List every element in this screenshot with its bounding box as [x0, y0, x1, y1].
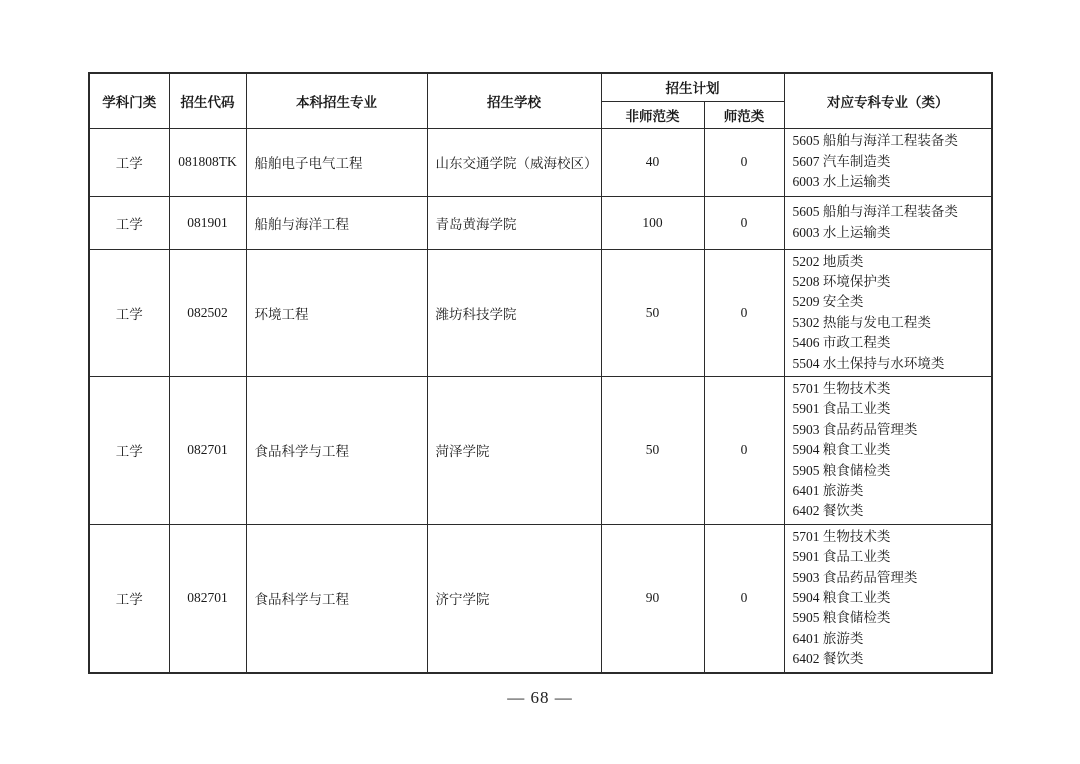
header-admission-plan: 招生计划 [601, 73, 784, 101]
table-row: 工学 081901 船舶与海洋工程 青岛黄海学院 100 0 5605 船舶与海… [89, 196, 992, 249]
cell-subject-category: 工学 [89, 524, 169, 672]
corresponding-major-line: 5904 粮食工业类 [793, 588, 986, 608]
corresponding-major-line: 5302 热能与发电工程类 [793, 313, 986, 333]
corresponding-major-line: 5904 粮食工业类 [793, 440, 986, 460]
table-row: 工学 082701 食品科学与工程 济宁学院 90 0 5701 生物技术类59… [89, 524, 992, 672]
header-non-normal: 非师范类 [601, 101, 704, 128]
corresponding-major-line: 5504 水土保持与水环境类 [793, 354, 986, 374]
cell-plan-normal: 0 [704, 128, 784, 196]
cell-admission-code: 081808TK [169, 128, 246, 196]
cell-plan-normal: 0 [704, 524, 784, 672]
table-row: 工学 081808TK 船舶电子电气工程 山东交通学院（威海校区） 40 0 5… [89, 128, 992, 196]
corresponding-major-line: 5905 粮食储检类 [793, 608, 986, 628]
cell-corresponding-majors: 5202 地质类5208 环境保护类5209 安全类5302 热能与发电工程类5… [784, 249, 992, 376]
cell-subject-category: 工学 [89, 128, 169, 196]
header-corresponding-majors: 对应专科专业（类） [784, 73, 992, 128]
cell-plan-normal: 0 [704, 376, 784, 524]
corresponding-major-line: 5607 汽车制造类 [793, 152, 986, 172]
cell-plan-normal: 0 [704, 196, 784, 249]
cell-admission-school: 菏泽学院 [427, 376, 601, 524]
cell-undergrad-major: 食品科学与工程 [246, 524, 427, 672]
table-body: 工学 081808TK 船舶电子电气工程 山东交通学院（威海校区） 40 0 5… [89, 128, 992, 673]
corresponding-major-line: 5701 生物技术类 [793, 379, 986, 399]
header-subject-category: 学科门类 [89, 73, 169, 128]
header-normal: 师范类 [704, 101, 784, 128]
cell-corresponding-majors: 5701 生物技术类5901 食品工业类5903 食品药品管理类5904 粮食工… [784, 376, 992, 524]
corresponding-major-line: 5905 粮食储检类 [793, 461, 986, 481]
corresponding-major-line: 6401 旅游类 [793, 481, 986, 501]
cell-plan-non-normal: 90 [601, 524, 704, 672]
corresponding-major-line: 5903 食品药品管理类 [793, 568, 986, 588]
admission-plan-table: 学科门类 招生代码 本科招生专业 招生学校 招生计划 对应专科专业（类） 非师范… [88, 72, 993, 674]
corresponding-major-line: 5605 船舶与海洋工程装备类 [793, 131, 986, 151]
page-number: — 68 — [0, 688, 1080, 708]
cell-undergrad-major: 船舶与海洋工程 [246, 196, 427, 249]
header-admission-school: 招生学校 [427, 73, 601, 128]
cell-admission-school: 山东交通学院（威海校区） [427, 128, 601, 196]
corresponding-major-line: 5605 船舶与海洋工程装备类 [793, 202, 986, 222]
corresponding-major-line: 5901 食品工业类 [793, 399, 986, 419]
document-page: { "table": { "headers": { "subject_categ… [0, 0, 1080, 764]
corresponding-major-line: 6003 水上运输类 [793, 223, 986, 243]
corresponding-major-line: 5209 安全类 [793, 292, 986, 312]
cell-undergrad-major: 船舶电子电气工程 [246, 128, 427, 196]
corresponding-major-line: 5901 食品工业类 [793, 547, 986, 567]
header-admission-code: 招生代码 [169, 73, 246, 128]
cell-subject-category: 工学 [89, 249, 169, 376]
corresponding-major-line: 6401 旅游类 [793, 629, 986, 649]
cell-plan-non-normal: 50 [601, 249, 704, 376]
corresponding-major-line: 6003 水上运输类 [793, 172, 986, 192]
corresponding-major-line: 6402 餐饮类 [793, 649, 986, 669]
cell-corresponding-majors: 5605 船舶与海洋工程装备类6003 水上运输类 [784, 196, 992, 249]
corresponding-major-line: 6402 餐饮类 [793, 501, 986, 521]
cell-undergrad-major: 环境工程 [246, 249, 427, 376]
table-header: 学科门类 招生代码 本科招生专业 招生学校 招生计划 对应专科专业（类） 非师范… [89, 73, 992, 128]
table-row: 工学 082701 食品科学与工程 菏泽学院 50 0 5701 生物技术类59… [89, 376, 992, 524]
cell-admission-code: 082701 [169, 376, 246, 524]
cell-plan-non-normal: 50 [601, 376, 704, 524]
cell-admission-code: 081901 [169, 196, 246, 249]
table-row: 工学 082502 环境工程 潍坊科技学院 50 0 5202 地质类5208 … [89, 249, 992, 376]
cell-plan-non-normal: 100 [601, 196, 704, 249]
corresponding-major-line: 5701 生物技术类 [793, 527, 986, 547]
cell-subject-category: 工学 [89, 376, 169, 524]
corresponding-major-line: 5208 环境保护类 [793, 272, 986, 292]
cell-admission-school: 济宁学院 [427, 524, 601, 672]
header-undergrad-major: 本科招生专业 [246, 73, 427, 128]
cell-admission-school: 潍坊科技学院 [427, 249, 601, 376]
corresponding-major-line: 5903 食品药品管理类 [793, 420, 986, 440]
cell-admission-code: 082502 [169, 249, 246, 376]
cell-admission-code: 082701 [169, 524, 246, 672]
corresponding-major-line: 5406 市政工程类 [793, 333, 986, 353]
cell-undergrad-major: 食品科学与工程 [246, 376, 427, 524]
cell-admission-school: 青岛黄海学院 [427, 196, 601, 249]
cell-plan-normal: 0 [704, 249, 784, 376]
cell-corresponding-majors: 5605 船舶与海洋工程装备类5607 汽车制造类6003 水上运输类 [784, 128, 992, 196]
cell-subject-category: 工学 [89, 196, 169, 249]
cell-plan-non-normal: 40 [601, 128, 704, 196]
cell-corresponding-majors: 5701 生物技术类5901 食品工业类5903 食品药品管理类5904 粮食工… [784, 524, 992, 672]
corresponding-major-line: 5202 地质类 [793, 252, 986, 272]
